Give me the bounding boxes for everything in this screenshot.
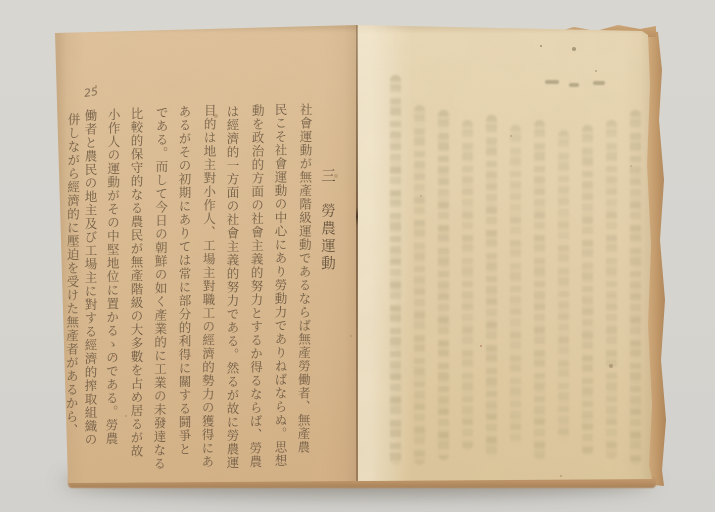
- left-page: 25 三 勞農運動 社會運動が無產階級運動であるならば無產勞働者、無產農 民こそ…: [55, 25, 358, 483]
- show-through-column: [462, 120, 473, 450]
- handwritten-text-column: 小作人の運動がその中堅地位に置かるゝのである。勞農運動は勞: [103, 108, 122, 456]
- page-number: 25: [83, 85, 99, 100]
- foxing-spots: [540, 45, 542, 47]
- show-through-column: [558, 130, 569, 440]
- book-gutter-line: [356, 25, 358, 481]
- handwritten-text-column: である。而して今日の朝鮮の如く產業的に工業の未發達なる處に: [151, 106, 171, 474]
- handwritten-text-column: 目的は地主對小作人、工場主對職工の經濟的勢力の獲得にある: [199, 104, 219, 476]
- show-through-mark: [545, 80, 559, 84]
- show-through-column: [582, 125, 593, 455]
- handwritten-text-column: 動を政治的方面の社會主義的努力とするか得るならば、勞農運動: [247, 104, 267, 478]
- handwritten-text-column: 働者と農民の地主及び工場主に對する經濟的搾取組織の運動: [82, 109, 99, 449]
- show-through-mark: [593, 81, 605, 85]
- photo-background: 25 三 勞農運動 社會運動が無產階級運動であるならば無產勞働者、無產農 民こそ…: [0, 0, 715, 512]
- right-page: [357, 25, 652, 481]
- handwritten-text-column: 併しながら經濟的に壓迫を受けた無產者があるから、その個人として: [63, 113, 82, 443]
- handwritten-text-column: 民こそ社會運動の中心にあり勞動力でありねばならぬ。思想運: [272, 103, 289, 477]
- show-through-column: [510, 125, 521, 445]
- handwritten-text-column: あるがその初期にありては常に部分的利得に關する鬪爭とな: [176, 105, 193, 467]
- show-through-column: [606, 120, 617, 460]
- handwritten-text-column: 比較的保守的なる農民が無產階級の大多數を占め居るが故に: [128, 107, 145, 461]
- show-through-column: [414, 105, 425, 465]
- show-through-mark: [569, 83, 579, 87]
- chapter-heading-column: 三 勞農運動: [318, 168, 335, 338]
- show-through-column: [534, 120, 545, 460]
- handwritten-text-column: は經濟的一方面の社會主義的努力である。然るが故に勞農運動の: [224, 105, 241, 481]
- handwritten-text-column: 社會運動が無產階級運動であるならば無產勞働者、無產農: [295, 103, 315, 475]
- show-through-column: [390, 75, 401, 465]
- show-through-column: [486, 115, 497, 460]
- show-through-column: [438, 110, 449, 460]
- show-through-column: [630, 110, 641, 465]
- foxing-spots: [95, 85, 97, 87]
